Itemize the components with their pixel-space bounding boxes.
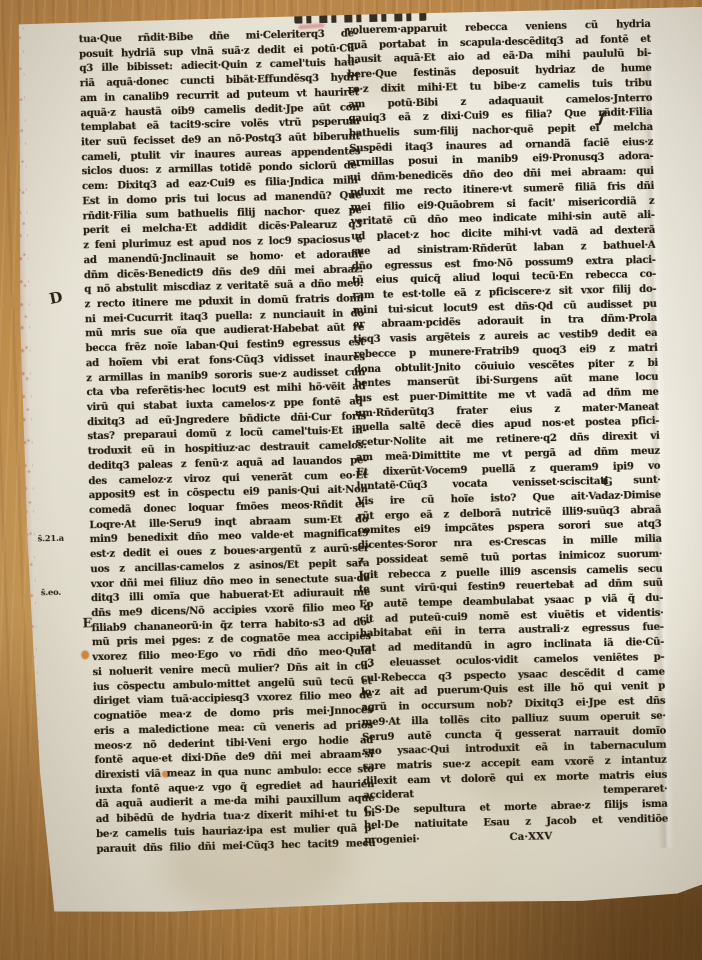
orange-spot-upper [81,650,89,659]
incunabula-page: tua·Que rñdit·Bibe dñe mi·Celeriterq3 de… [12,6,702,915]
margin-reference-note-upper: s̄.21.a [38,534,64,545]
text-column-right: voluerem·apparuit rebecca veniens cũ hyd… [346,19,668,850]
chapter-summary-end: progeniei· [364,834,419,850]
margin-section-letter-e: E [82,616,92,631]
margin-reference-note-lower: s̄.eo. [41,588,61,598]
margin-section-letter-d: D [48,288,64,308]
text-column-left: tua·Que rñdit·Bibe dñe mi·Celeriterq3 de… [79,28,376,858]
right-column-lines: voluerem·apparuit rebecca veniens cũ hyd… [346,19,668,835]
chapter-number-label: Ca·XXV [509,831,552,847]
margin-section-letter-g: G [602,475,613,489]
